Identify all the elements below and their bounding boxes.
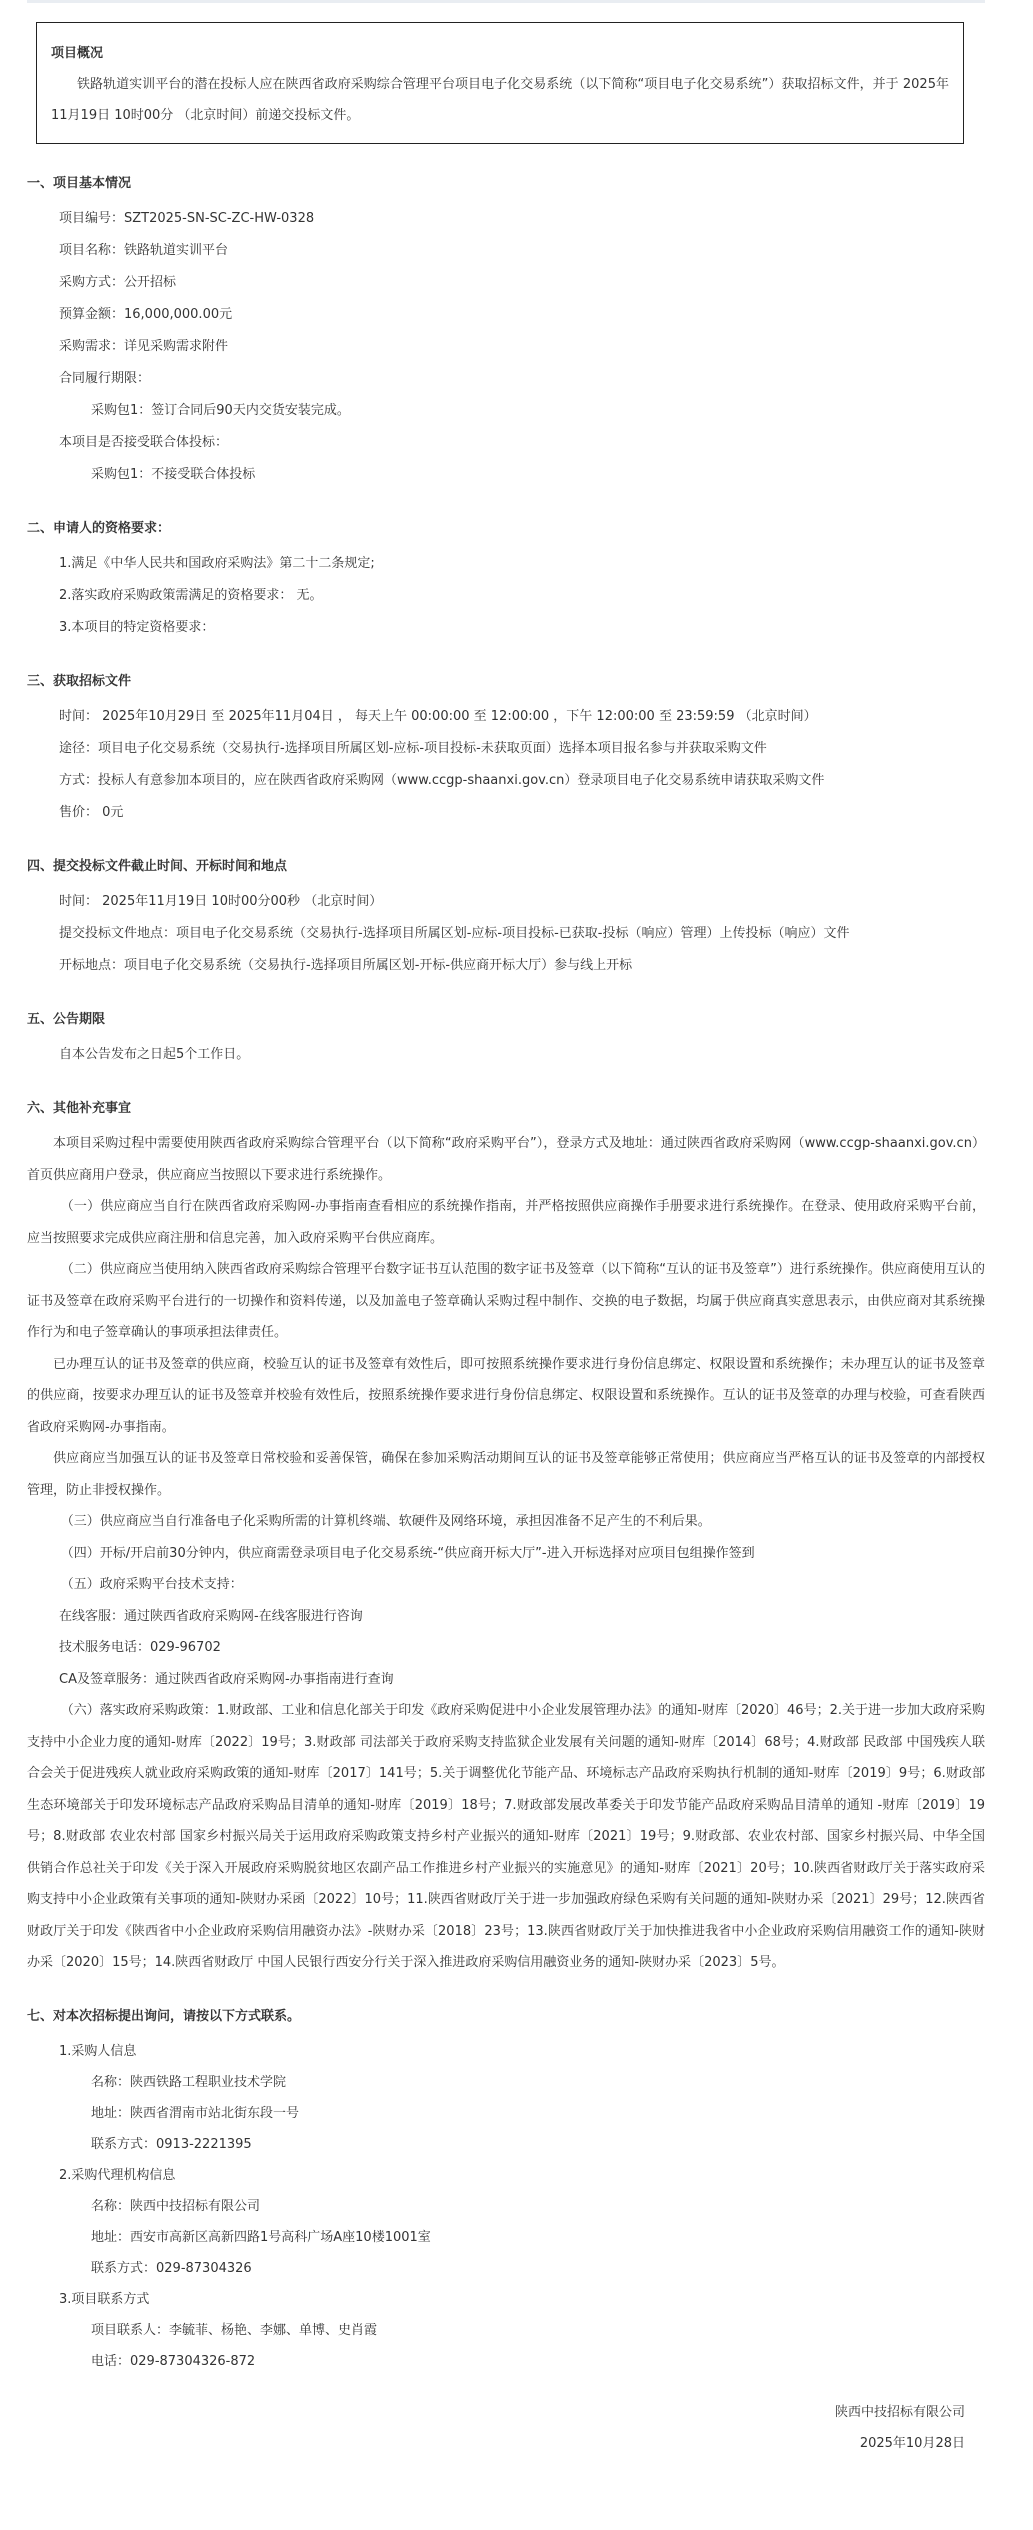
budget-amount: 预算金额：16,000,000.00元 — [27, 299, 985, 331]
project-contact-people: 项目联系人：李毓菲、杨艳、李娜、单博、史肖霞 — [27, 2315, 985, 2346]
tech-support-heading: （五）政府采购平台技术支持： — [27, 1569, 985, 1601]
agency-heading: 2.采购代理机构信息 — [27, 2160, 985, 2191]
sign-in-paragraph: （四）开标/开启前30分钟内，供应商需登录项目电子化交易系统-“供应商开标大厅”… — [27, 1538, 985, 1570]
consortium-label: 本项目是否接受联合体投标： — [27, 427, 985, 459]
section-title: 七、对本次招标提出询问，请按以下方式联系。 — [27, 2007, 985, 2027]
section-title: 一、项目基本情况 — [27, 174, 985, 194]
section-title: 四、提交投标文件截止时间、开标时间和地点 — [27, 857, 985, 877]
signature-block: 陕西中技招标有限公司 2025年10月28日 — [27, 2397, 985, 2459]
deadline-time: 时间： 2025年11月19日 10时00分00秒 （北京时间） — [27, 886, 985, 918]
obtain-method: 方式：投标人有意参加本项目的，应在陕西省政府采购网（www.ccgp-shaan… — [27, 765, 985, 797]
overview-title: 项目概况 — [51, 39, 949, 69]
contract-term-label: 合同履行期限： — [27, 363, 985, 395]
supplier-guide-paragraph: （一）供应商应当自行在陕西省政府采购网-办事指南查看相应的系统操作指南，并严格按… — [27, 1191, 985, 1254]
purchaser-heading: 1.采购人信息 — [27, 2036, 985, 2067]
certificate-paragraph: （二）供应商应当使用纳入陕西省政府采购综合管理平台数字证书互认范围的数字证书及签… — [27, 1254, 985, 1349]
top-divider-bar — [27, 0, 985, 3]
qualification-item: 3.本项目的特定资格要求： — [27, 612, 985, 644]
opening-place: 开标地点：项目电子化交易系统（交易执行-选择项目所属区划-开标-供应商开标大厅）… — [27, 950, 985, 982]
section-title: 六、其他补充事宜 — [27, 1099, 985, 1119]
overview-text: 铁路轨道实训平台的潜在投标人应在陕西省政府采购综合管理平台项目电子化交易系统（以… — [51, 69, 949, 131]
platform-intro-paragraph: 本项目采购过程中需要使用陕西省政府采购综合管理平台（以下简称“政府采购平台”），… — [27, 1128, 985, 1191]
obtain-time: 时间： 2025年10月29日 至 2025年11月04日 ， 每天上午 00:… — [27, 701, 985, 733]
section-qualification: 二、申请人的资格要求： 1.满足《中华人民共和国政府采购法》第二十二条规定; 2… — [27, 519, 985, 644]
section-title: 五、公告期限 — [27, 1010, 985, 1030]
project-number: 项目编号：SZT2025-SN-SC-ZC-HW-0328 — [27, 203, 985, 235]
policy-paragraph: （六）落实政府采购政策：1.财政部、工业和信息化部关于印发《政府采购促进中小企业… — [27, 1695, 985, 1979]
certificate-safekeeping-paragraph: 供应商应当加强互认的证书及签章日常校验和妥善保管，确保在参加采购活动期间互认的证… — [27, 1443, 985, 1506]
section-obtain-documents: 三、获取招标文件 时间： 2025年10月29日 至 2025年11月04日 ，… — [27, 672, 985, 829]
announcement-period-text: 自本公告发布之日起5个工作日。 — [27, 1039, 985, 1071]
agency-address: 地址：西安市高新区高新四路1号高科广场A座10楼1001室 — [27, 2222, 985, 2253]
obtain-route: 途径：项目电子化交易系统（交易执行-选择项目所属区划-应标-项目投标-未获取页面… — [27, 733, 985, 765]
consortium-package-1: 采购包1：不接受联合体投标 — [27, 459, 985, 491]
section-deadline-opening: 四、提交投标文件截止时间、开标时间和地点 时间： 2025年11月19日 10时… — [27, 857, 985, 982]
signature-date: 2025年10月28日 — [27, 2428, 965, 2459]
section-basic-info: 一、项目基本情况 项目编号：SZT2025-SN-SC-ZC-HW-0328 项… — [27, 174, 985, 491]
project-overview-box: 项目概况 铁路轨道实训平台的潜在投标人应在陕西省政府采购综合管理平台项目电子化交… — [36, 22, 964, 144]
section-title: 三、获取招标文件 — [27, 672, 985, 692]
signature-company: 陕西中技招标有限公司 — [27, 2397, 965, 2428]
submit-place: 提交投标文件地点：项目电子化交易系统（交易执行-选择项目所属区划-应标-项目投标… — [27, 918, 985, 950]
purchaser-contact: 联系方式：0913-2221395 — [27, 2129, 985, 2160]
procurement-requirement: 采购需求：详见采购需求附件 — [27, 331, 985, 363]
section-announcement-period: 五、公告期限 自本公告发布之日起5个工作日。 — [27, 1010, 985, 1071]
section-title: 二、申请人的资格要求： — [27, 519, 985, 539]
certificate-binding-paragraph: 已办理互认的证书及签章的供应商，校验互认的证书及签章有效性后，即可按照系统操作要… — [27, 1349, 985, 1444]
equipment-paragraph: （三）供应商应当自行准备电子化采购所需的计算机终端、软硬件及网络环境，承担因准备… — [27, 1506, 985, 1538]
agency-name: 名称：陕西中技招标有限公司 — [27, 2191, 985, 2222]
agency-contact: 联系方式：029-87304326 — [27, 2253, 985, 2284]
section-other-matters: 六、其他补充事宜 本项目采购过程中需要使用陕西省政府采购综合管理平台（以下简称“… — [27, 1099, 985, 1979]
project-name: 项目名称：铁路轨道实训平台 — [27, 235, 985, 267]
project-contact-heading: 3.项目联系方式 — [27, 2284, 985, 2315]
support-phone: 技术服务电话：029-96702 — [27, 1632, 985, 1664]
document-price: 售价： 0元 — [27, 797, 985, 829]
qualification-item: 1.满足《中华人民共和国政府采购法》第二十二条规定; — [27, 548, 985, 580]
announcement-page: 项目概况 铁路轨道实训平台的潜在投标人应在陕西省政府采购综合管理平台项目电子化交… — [0, 22, 1033, 2489]
procurement-method: 采购方式：公开招标 — [27, 267, 985, 299]
support-online-service: 在线客服：通过陕西省政府采购网-在线客服进行咨询 — [27, 1601, 985, 1633]
purchaser-name: 名称：陕西铁路工程职业技术学院 — [27, 2067, 985, 2098]
qualification-item: 2.落实政府采购政策需满足的资格要求： 无。 — [27, 580, 985, 612]
contract-term-package-1: 采购包1：签订合同后90天内交货安装完成。 — [27, 395, 985, 427]
project-contact-phone: 电话：029-87304326-872 — [27, 2346, 985, 2377]
section-contact: 七、对本次招标提出询问，请按以下方式联系。 1.采购人信息 名称：陕西铁路工程职… — [27, 2007, 985, 2377]
support-ca-service: CA及签章服务：通过陕西省政府采购网-办事指南进行查询 — [27, 1664, 985, 1696]
purchaser-address: 地址：陕西省渭南市站北街东段一号 — [27, 2098, 985, 2129]
